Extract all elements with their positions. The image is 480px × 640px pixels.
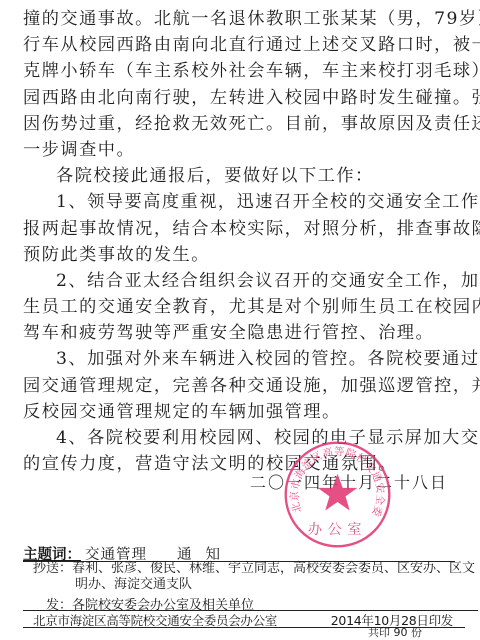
distribution-line: 发：各院校安委会办公室及相关单位 <box>23 594 478 611</box>
cc-list: 抄送：春利、张彦、俊民、林维、宇立同志，高校安委会委员、区安办、区文 明办、海淀… <box>23 561 455 593</box>
official-seal-stamp: 北京市海淀区高等院校交通安全委员会 办公室 <box>281 438 394 551</box>
document-body: 撞的交通事故。北航一名退休教职工张某某（男，79岁）骑自 行车从校园西路由南向北… <box>23 6 455 477</box>
body-line: 报两起事故情况，结合本校实际，对照分析，排查事故隐患， <box>23 216 455 242</box>
body-line: 园西路由北向南行驶，左转进入校园中路时发生碰撞。张某某 <box>23 85 455 111</box>
body-line-item-2: 2、结合亚太经合组织会议召开的交通安全工作，加强对师 <box>23 268 455 294</box>
body-line: 生员工的交通安全教育，尤其是对个别师生员工在校园内酒后 <box>23 294 455 320</box>
star-icon <box>318 474 358 511</box>
body-line-item-1: 1、领导要高度重视，迅速召开全校的交通安全工作会，通 <box>23 189 455 215</box>
body-line: 驾车和疲劳驾驶等严重安全隐患进行管控、治理。 <box>23 320 455 346</box>
body-line: 一步调查中。 <box>23 137 455 163</box>
body-line-item-3: 3、加强对外来车辆进入校园的管控。各院校要通过完善校 <box>23 346 455 372</box>
svg-text:北京市海淀区高等院校交通安全委员会: 北京市海淀区高等院校交通安全委员会 <box>281 438 387 519</box>
cc-line: 明办、海淀交通支队 <box>23 577 455 593</box>
body-line: 园交通管理规定，完善各种交通设施，加强巡逻管控，并对违 <box>23 373 455 399</box>
subject-keywords: 主题词：交通管理通知 <box>23 543 455 562</box>
seal-ring-text: 北京市海淀区高等院校交通安全委员会 <box>281 438 387 519</box>
body-line: 克牌小轿车（车主系校外社会车辆，车主来校打羽毛球）从校 <box>23 58 455 84</box>
cc-line: 抄送：春利、张彦、俊民、林维、宇立同志，高校安委会委员、区安办、区文 <box>23 561 455 577</box>
body-line: 行车从校园西路由南向北直行通过上述交叉路口时，被一辆别 <box>23 32 455 58</box>
document-page: 撞的交通事故。北航一名退休教职工张某某（男，79岁）骑自 行车从校园西路由南向北… <box>0 0 480 640</box>
body-line: 预防此类事故的发生。 <box>23 242 455 268</box>
body-line: 因伤势过重，经抢救无效死亡。目前，事故原因及责任还在进 <box>23 111 455 137</box>
issuer-name: 北京市海淀区高等院校交通安全委员会办公室 <box>33 613 277 628</box>
body-line: 撞的交通事故。北航一名退休教职工张某某（男，79岁）骑自 <box>23 6 455 32</box>
body-line: 反校园交通管理规定的车辆加强管理。 <box>23 399 455 425</box>
print-copies: 共印 90 份 <box>368 624 422 640</box>
seal-center-text: 办公室 <box>308 521 367 538</box>
body-line-intro: 各院校接此通报后，要做好以下工作： <box>23 163 455 189</box>
